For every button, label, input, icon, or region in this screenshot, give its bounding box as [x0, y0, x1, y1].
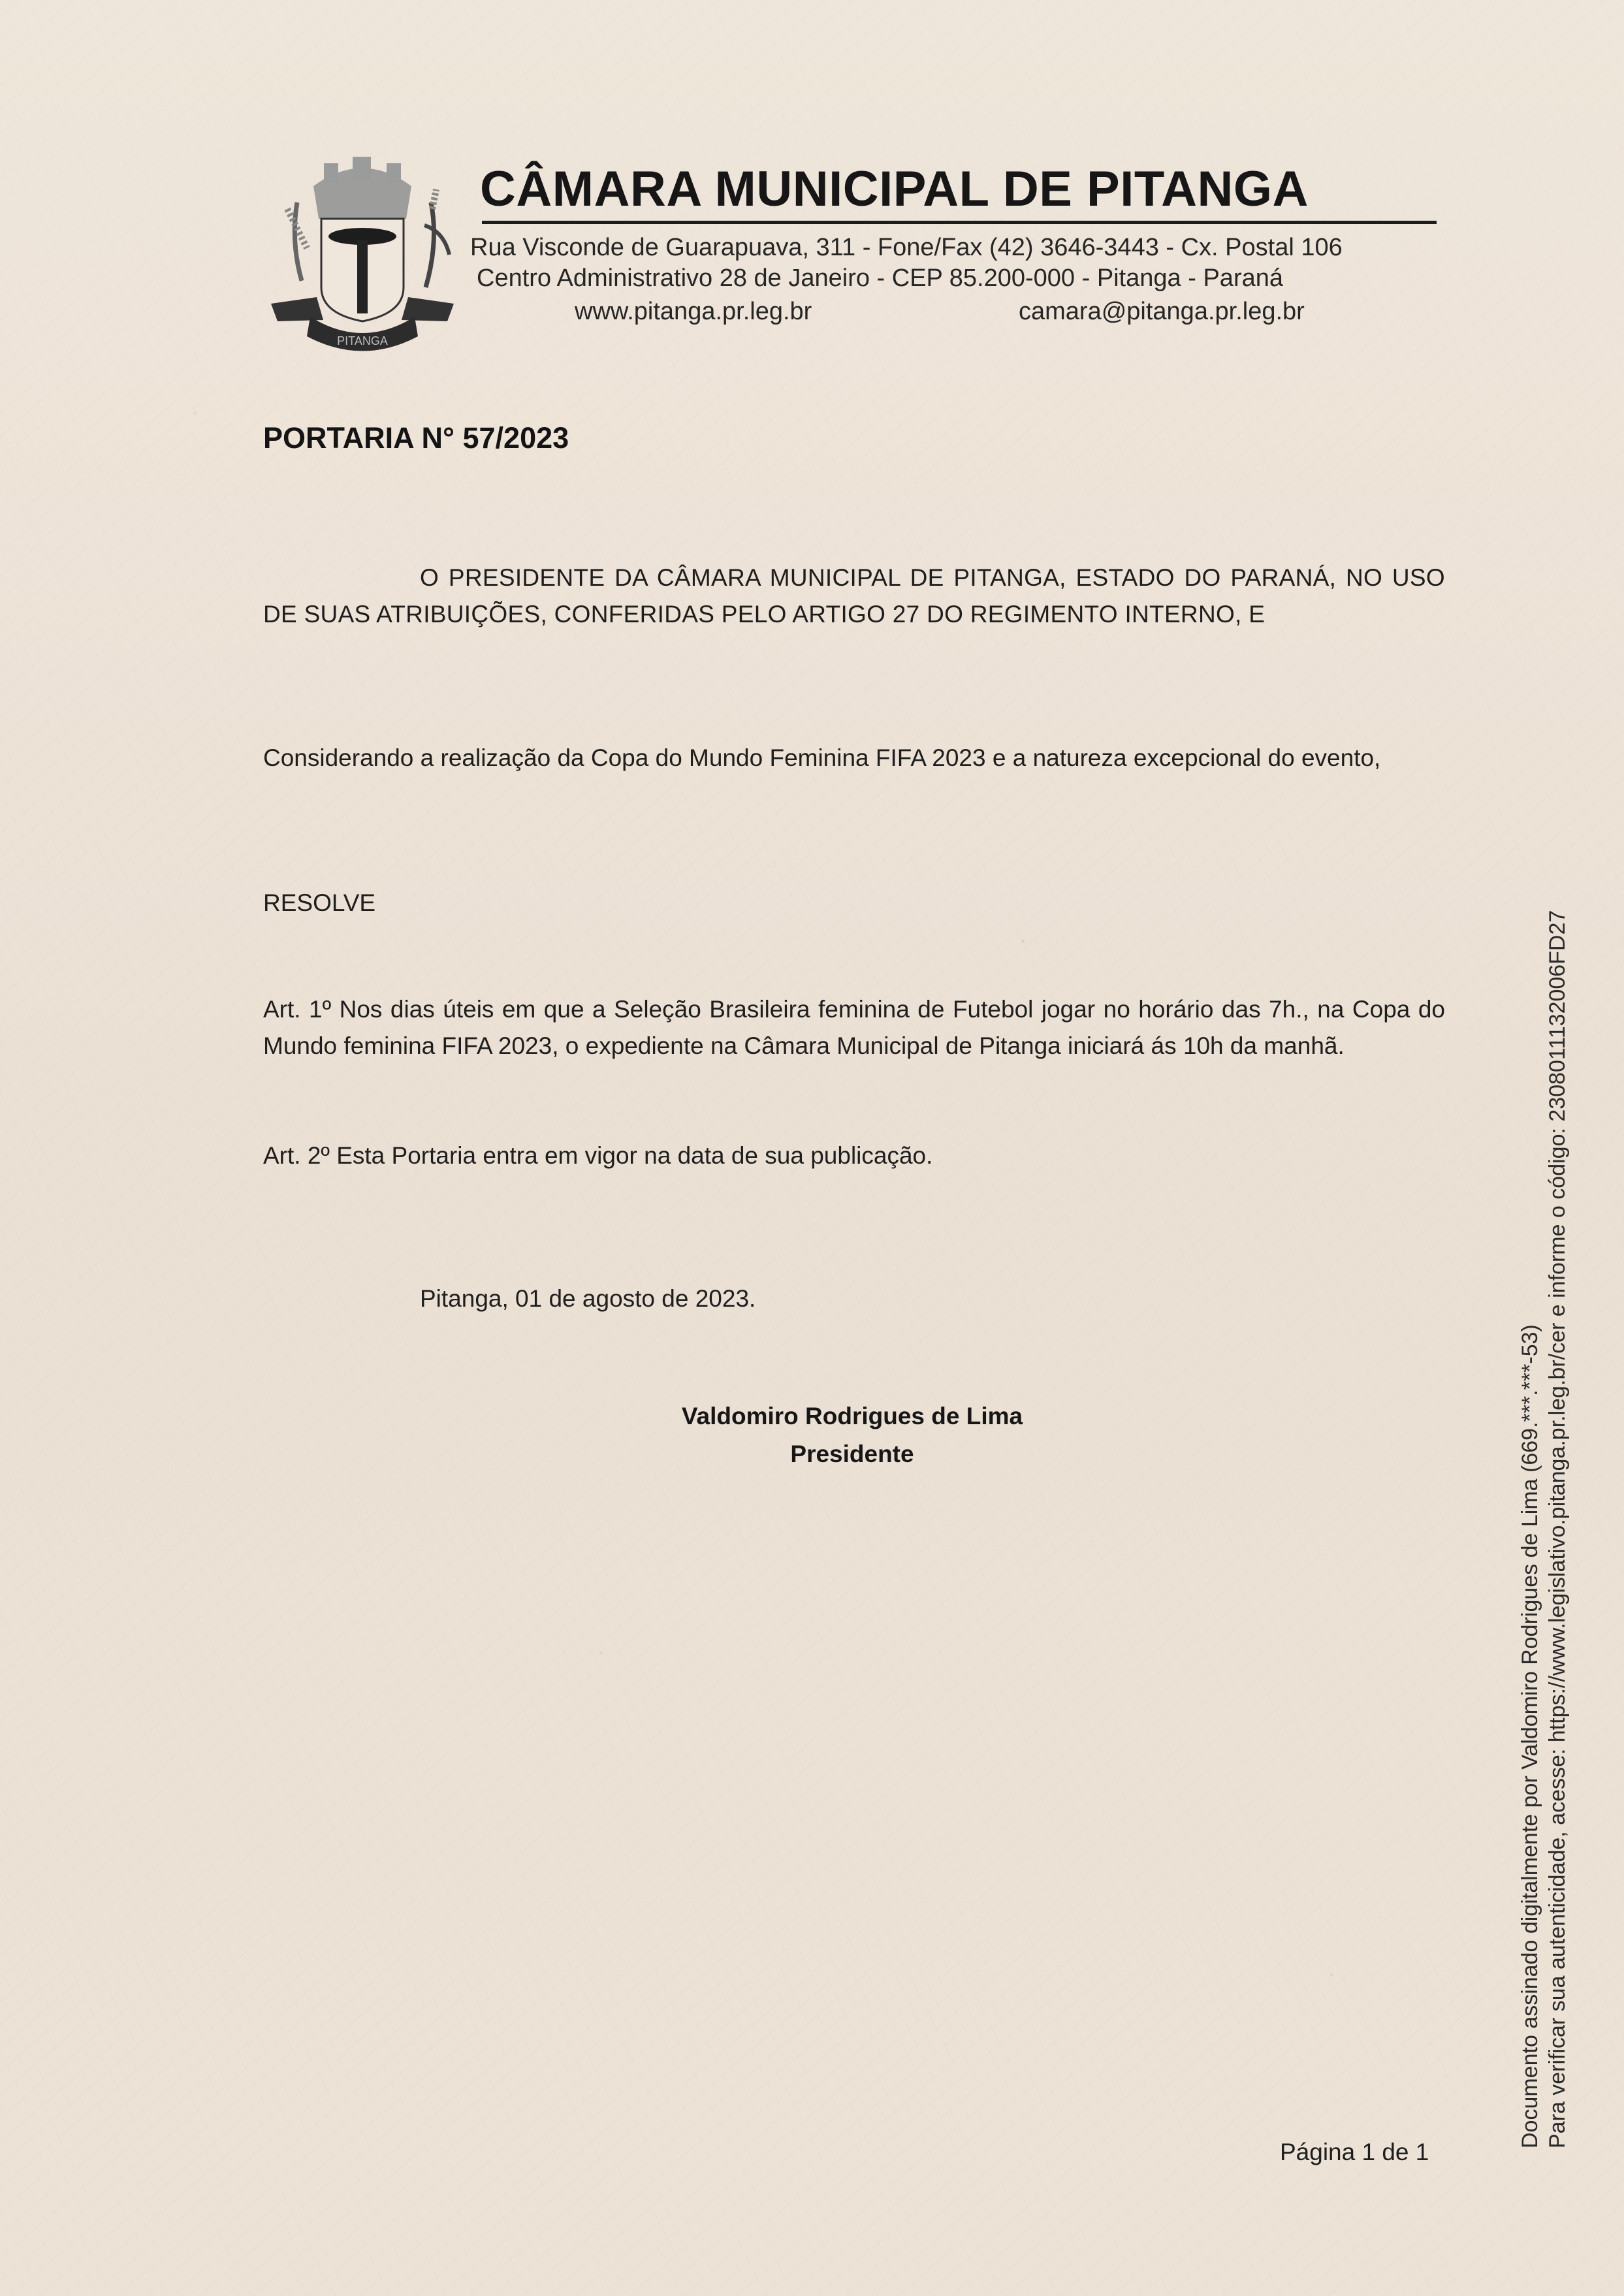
article-1: Art. 1º Nos dias úteis em que a Seleção …: [263, 991, 1445, 1064]
title-underline: [482, 221, 1437, 224]
preamble: O PRESIDENTE DA CÂMARA MUNICIPAL DE PITA…: [263, 560, 1445, 633]
digital-signature-stamp: Documento assinado digitalmente por Vald…: [1516, 910, 1571, 2148]
organization-name: CÂMARA MUNICIPAL DE PITANGA: [480, 165, 1309, 214]
dateline: Pitanga, 01 de agosto de 2023.: [420, 1285, 756, 1313]
address-line-2: Centro Administrativo 28 de Janeiro - CE…: [477, 266, 1283, 291]
stamp-line-2[interactable]: Para verificar sua autenticidade, acesse…: [1544, 910, 1571, 2148]
coat-of-arms-icon: PITANGA: [261, 150, 464, 359]
signatory-name: Valdomiro Rodrigues de Lima: [588, 1397, 1117, 1435]
considerando-clause: Considerando a realização da Copa do Mun…: [263, 740, 1445, 776]
document-title: PORTARIA N° 57/2023: [263, 421, 569, 455]
website-link[interactable]: www.pitanga.pr.leg.br: [575, 299, 812, 324]
resolve-heading: RESOLVE: [263, 885, 1445, 921]
page-indicator: Página 1 de 1: [1280, 2139, 1429, 2166]
article-2: Art. 2º Esta Portaria entra em vigor na …: [263, 1138, 1445, 1174]
letterhead: PITANGA CÂMARA MUNICIPAL DE PITANGA Rua …: [261, 150, 1443, 359]
svg-text:PITANGA: PITANGA: [337, 334, 388, 347]
address-line-1: Rua Visconde de Guarapuava, 311 - Fone/F…: [470, 235, 1343, 260]
signature-block: Valdomiro Rodrigues de Lima Presidente: [588, 1397, 1117, 1473]
stamp-line-1: Documento assinado digitalmente por Vald…: [1516, 910, 1544, 2148]
signatory-role: Presidente: [588, 1435, 1117, 1473]
email-link[interactable]: camara@pitanga.pr.leg.br: [1019, 299, 1305, 324]
